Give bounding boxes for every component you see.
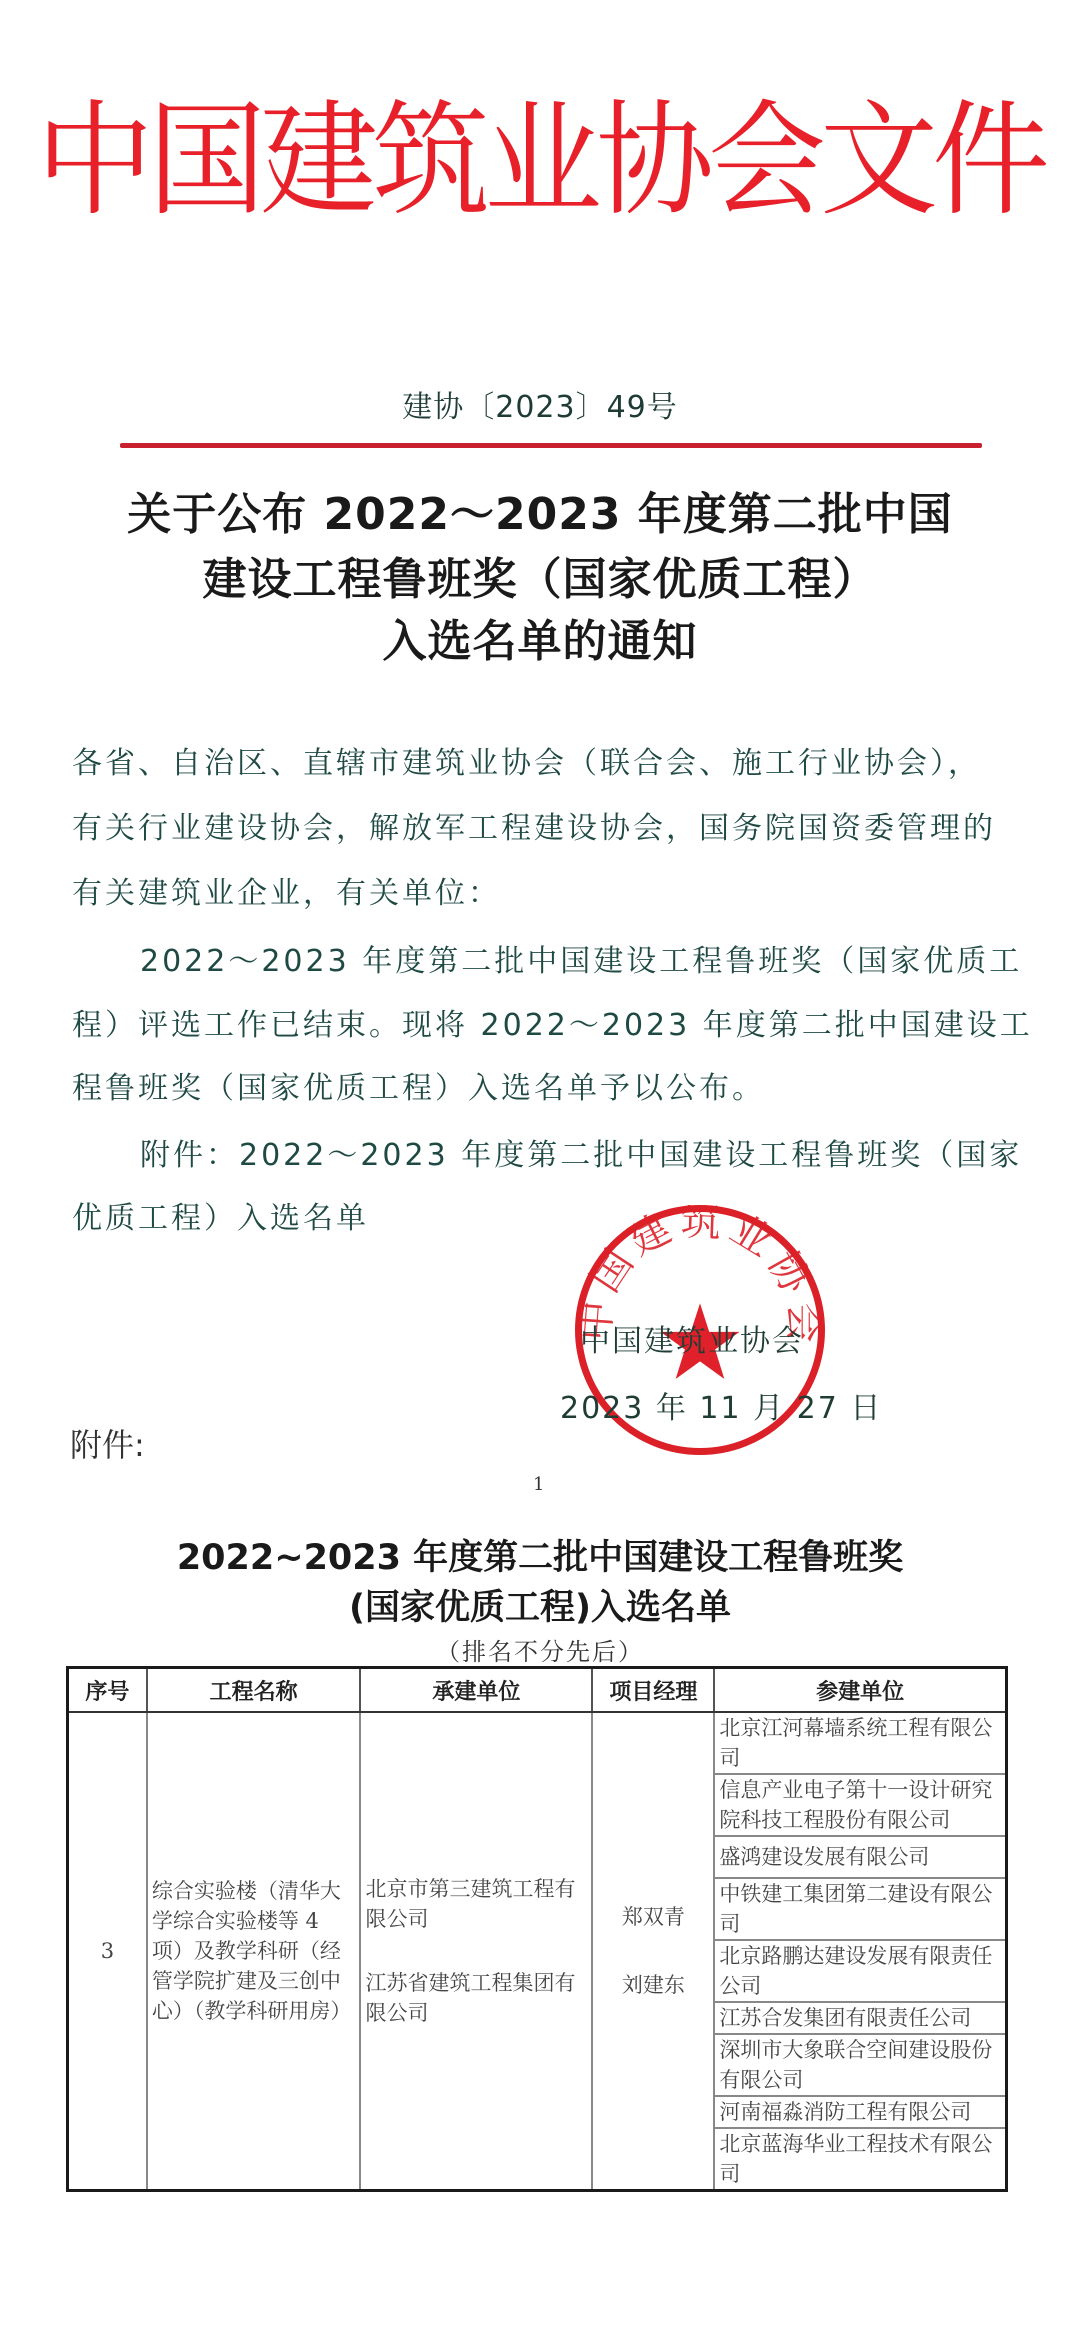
attachment-label: 附件:	[70, 1420, 145, 1466]
manager-item: 郑双青	[597, 1902, 709, 1932]
header-manager: 项目经理	[592, 1668, 714, 1713]
masthead-title: 中国建筑业协会文件	[0, 66, 1080, 255]
signature-date: 2023 年 11 月 27 日	[560, 1383, 882, 1427]
cell-project-name: 综合实验楼（清华大学综合实验楼等 4 项）及教学科研（经管学院扩建及三创中心）（…	[147, 1712, 361, 2191]
body-line: 优质工程）入选名单	[72, 1193, 369, 1237]
participant-item: 江苏合发集团有限责任公司	[714, 2002, 1006, 2034]
attachment-title-line-1: 2022~2023 年度第二批中国建设工程鲁班奖	[0, 1530, 1080, 1580]
body-line: 程鲁班奖（国家优质工程）入选名单予以公布。	[72, 1063, 765, 1107]
participant-item: 深圳市大象联合空间建设股份有限公司	[714, 2034, 1006, 2096]
builder-item: 北京市第三建筑工程有限公司	[365, 1874, 587, 1934]
page-number: 1	[533, 1474, 544, 1495]
participant-item: 北京江河幕墙系统工程有限公司	[714, 1712, 1006, 1774]
header-project-name: 工程名称	[147, 1668, 361, 1713]
participant-item: 河南福淼消防工程有限公司	[714, 2096, 1006, 2128]
body-line: 有关行业建设协会，解放军工程建设协会，国务院国资委管理的	[72, 803, 996, 847]
cell-builder: 北京市第三建筑工程有限公司 江苏省建筑工程集团有限公司	[360, 1712, 592, 2191]
header-builder: 承建单位	[360, 1668, 592, 1713]
body-line: 附件：2022～2023 年度第二批中国建设工程鲁班奖（国家	[140, 1130, 1022, 1174]
body-line: 各省、自治区、直辖市建筑业协会（联合会、施工行业协会），	[72, 738, 981, 782]
participant-item: 信息产业电子第十一设计研究院科技工程股份有限公司	[714, 1774, 1006, 1836]
table-row: 3 综合实验楼（清华大学综合实验楼等 4 项）及教学科研（经管学院扩建及三创中心…	[68, 1712, 1007, 1774]
body-line: 程）评选工作已结束。现将 2022～2023 年度第二批中国建设工	[72, 1000, 1033, 1044]
cell-seq: 3	[68, 1712, 147, 2191]
cell-manager: 郑双青 刘建东	[592, 1712, 714, 2191]
attachment-subtitle: （排名不分先后）	[0, 1632, 1080, 1667]
red-divider	[120, 443, 982, 448]
notice-title-line-2: 建设工程鲁班奖（国家优质工程）	[0, 543, 1080, 607]
notice-title-line-3: 入选名单的通知	[0, 605, 1080, 669]
signature-organization: 中国建筑业协会	[580, 1316, 804, 1360]
body-line: 有关建筑业企业，有关单位：	[72, 868, 501, 912]
manager-item: 刘建东	[597, 1970, 709, 2000]
document-number: 建协〔2023〕49号	[0, 382, 1080, 426]
header-seq: 序号	[68, 1668, 147, 1713]
participant-item: 北京路鹏达建设发展有限责任公司	[714, 1940, 1006, 2002]
participant-item: 盛鸿建设发展有限公司	[714, 1836, 1006, 1878]
body-line: 2022～2023 年度第二批中国建设工程鲁班奖（国家优质工	[140, 936, 1022, 980]
notice-title-line-1: 关于公布 2022～2023 年度第二批中国	[0, 478, 1080, 542]
participant-item: 中铁建工集团第二建设有限公司	[714, 1878, 1006, 1940]
award-list-table: 序号 工程名称 承建单位 项目经理 参建单位 3 综合实验楼（清华大学综合实验楼…	[66, 1666, 1008, 2192]
header-participants: 参建单位	[714, 1668, 1006, 1713]
participant-item: 北京蓝海华业工程技术有限公司	[714, 2128, 1006, 2191]
builder-item: 江苏省建筑工程集团有限公司	[365, 1968, 587, 2028]
table-header-row: 序号 工程名称 承建单位 项目经理 参建单位	[68, 1668, 1007, 1713]
attachment-title-line-2: (国家优质工程)入选名单	[0, 1580, 1080, 1630]
